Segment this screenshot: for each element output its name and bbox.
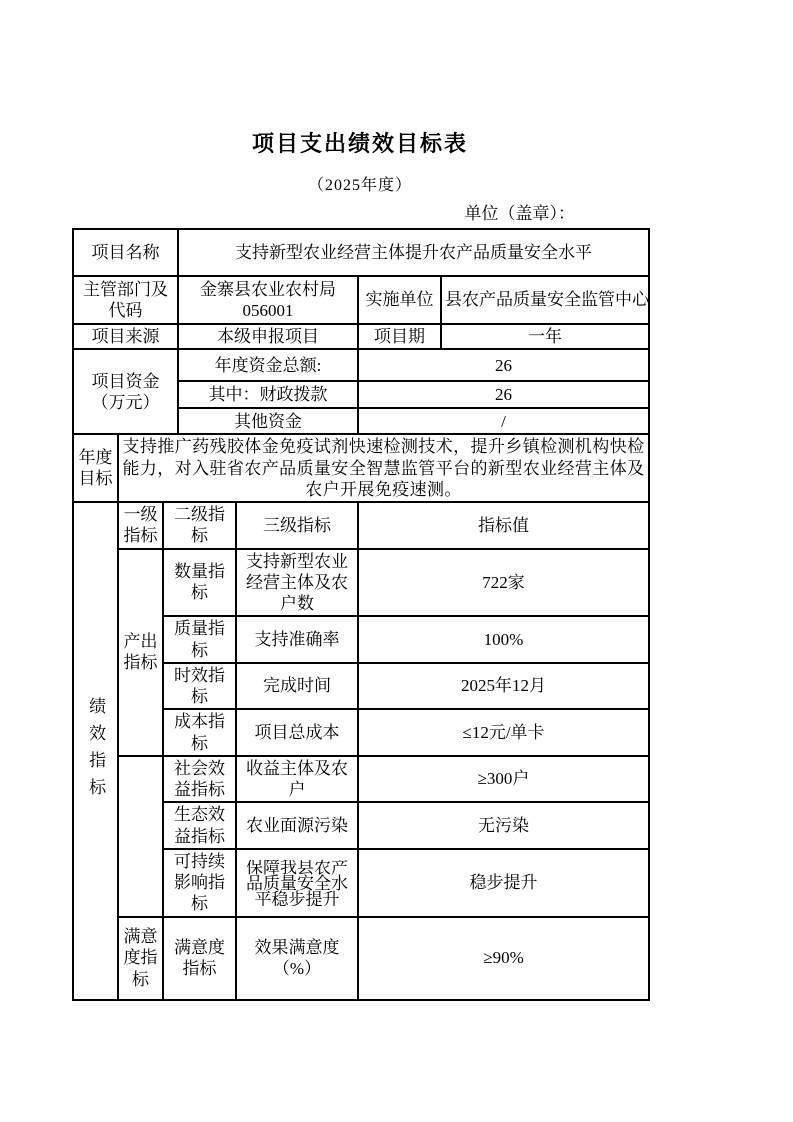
indicator-l2: 时效指标 bbox=[163, 663, 236, 710]
indicator-value: 722家 bbox=[358, 549, 649, 617]
indicator-l3: 支持新型农业经营主体及农户数 bbox=[236, 549, 358, 617]
performance-indicators-vertical-text: 绩效指标 bbox=[85, 697, 106, 805]
indicator-l2: 成本指标 bbox=[163, 709, 236, 756]
row-department: 主管部门及代码 金寨县农业农村局 056001 实施单位 县农产品质量安全监管中… bbox=[73, 276, 649, 324]
indicator-l3-text: 保障我县农产品质量安全水平稳步提升 bbox=[240, 860, 354, 906]
indicator-value: 100% bbox=[358, 616, 649, 663]
source-value: 本级申报项目 bbox=[178, 324, 358, 349]
funds-label: 项目资金 （万元） bbox=[73, 349, 178, 434]
source-label: 项目来源 bbox=[73, 324, 178, 349]
row-indicator-header: 绩效指标 一级指标 二级指标 三级指标 指标值 bbox=[73, 502, 649, 549]
unit-seal-label: 单位（盖章）： bbox=[72, 199, 648, 224]
indicator-value: ≥300户 bbox=[358, 756, 649, 803]
indicator-l2: 数量指标 bbox=[163, 549, 236, 617]
funds-total-value: 26 bbox=[358, 349, 649, 381]
indicator-value: 稳步提升 bbox=[358, 849, 649, 917]
annual-goal-label: 年度目标 bbox=[73, 434, 118, 502]
funds-other-label: 其他资金 bbox=[178, 408, 358, 434]
indicator-l2: 生态效益指标 bbox=[163, 802, 236, 849]
row-annual-goal: 年度目标 支持推广药残胶体金免疫试剂快速检测技术，提升乡镇检测机构快检能力，对入… bbox=[73, 434, 649, 502]
indicator-value: ≥90% bbox=[358, 917, 649, 1000]
row-project-name: 项目名称 支持新型农业经营主体提升农产品质量安全水平 bbox=[73, 229, 649, 276]
row-funds-total: 项目资金 （万元） 年度资金总额: 26 bbox=[73, 349, 649, 381]
header-level3: 三级指标 bbox=[236, 502, 358, 549]
indicator-l3: 保障我县农产品质量安全水平稳步提升 bbox=[236, 849, 358, 917]
period-value: 一年 bbox=[441, 324, 649, 349]
indicator-value: 2025年12月 bbox=[358, 663, 649, 710]
indicator-l3: 支持准确率 bbox=[236, 616, 358, 663]
indicator-l2: 社会效益指标 bbox=[163, 756, 236, 803]
project-name-label: 项目名称 bbox=[73, 229, 178, 276]
funds-total-label: 年度资金总额: bbox=[178, 349, 358, 381]
dept-label: 主管部门及代码 bbox=[73, 276, 178, 324]
benefit-indicator-group-label bbox=[118, 756, 163, 917]
indicator-value: ≤12元/单卡 bbox=[358, 709, 649, 756]
header-value: 指标值 bbox=[358, 502, 649, 549]
row-source: 项目来源 本级申报项目 项目期 一年 bbox=[73, 324, 649, 349]
indicator-l2: 质量指标 bbox=[163, 616, 236, 663]
header-level2: 二级指标 bbox=[163, 502, 236, 549]
indicator-l3: 完成时间 bbox=[236, 663, 358, 710]
funds-other-value: / bbox=[358, 408, 649, 434]
indicator-l3: 收益主体及农户 bbox=[236, 756, 358, 803]
page-subtitle: （2025年度） bbox=[72, 172, 648, 195]
document-page: 项目支出绩效目标表 （2025年度） 单位（盖章）： 项目名称 支持新型农业经营… bbox=[72, 127, 648, 1001]
performance-indicators-label: 绩效指标 bbox=[73, 502, 118, 1000]
impl-unit-label: 实施单位 bbox=[358, 276, 441, 324]
project-name-value: 支持新型农业经营主体提升农产品质量安全水平 bbox=[178, 229, 649, 276]
funds-fiscal-value: 26 bbox=[358, 381, 649, 408]
impl-unit-value: 县农产品质量安全监管中心 bbox=[441, 276, 649, 324]
satisfaction-indicator-group-label: 满意度指标 bbox=[118, 917, 163, 1000]
row-indicator-quantity: 产出指标 数量指标 支持新型农业经营主体及农户数 722家 bbox=[73, 549, 649, 617]
annual-goal-text: 支持推广药残胶体金免疫试剂快速检测技术，提升乡镇检测机构快检能力，对入驻省农产品… bbox=[118, 434, 649, 502]
funds-fiscal-label: 其中：财政拨款 bbox=[178, 381, 358, 408]
dept-value: 金寨县农业农村局 056001 bbox=[178, 276, 358, 324]
header-level1: 一级指标 bbox=[118, 502, 163, 549]
indicator-l2: 可持续影响指标 bbox=[163, 849, 236, 917]
page-title: 项目支出绩效目标表 bbox=[72, 127, 648, 158]
indicator-value: 无污染 bbox=[358, 802, 649, 849]
indicator-l3: 项目总成本 bbox=[236, 709, 358, 756]
indicator-l2: 满意度指标 bbox=[163, 917, 236, 1000]
period-label: 项目期 bbox=[358, 324, 441, 349]
output-indicator-group-label: 产出指标 bbox=[118, 549, 163, 756]
indicator-l3: 效果满意度（%） bbox=[236, 917, 358, 1000]
row-indicator-satisfaction: 满意度指标 满意度指标 效果满意度（%） ≥90% bbox=[73, 917, 649, 1000]
performance-target-table: 项目名称 支持新型农业经营主体提升农产品质量安全水平 主管部门及代码 金寨县农业… bbox=[72, 228, 650, 1001]
row-indicator-social: 社会效益指标 收益主体及农户 ≥300户 bbox=[73, 756, 649, 803]
indicator-l3: 农业面源污染 bbox=[236, 802, 358, 849]
